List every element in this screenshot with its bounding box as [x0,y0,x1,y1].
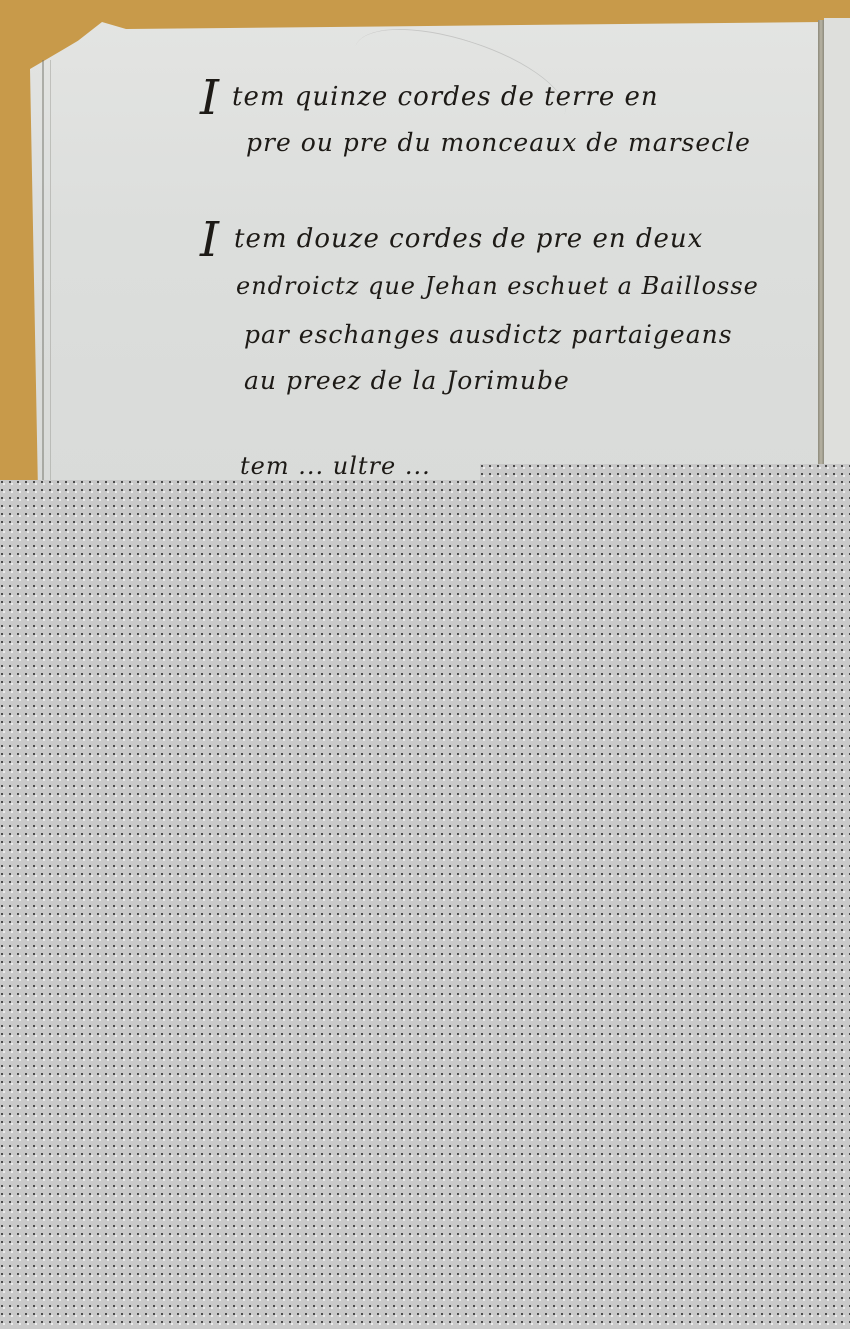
adjacent-page-edge [824,18,850,480]
entry-1-line-1: tem quinze cordes de terre en [232,82,659,112]
entry-1-line-2: pre ou pre du monceaux de marsecle [246,128,751,157]
entry-1-initial: I [200,70,219,126]
entry-2-line-1: tem douze cordes de pre en deux [234,224,703,254]
manuscript-photo: I tem quinze cordes de terre en pre ou p… [0,0,850,480]
entry-2-line-4: au preez de la Jorimube [244,366,570,395]
entry-2-line-3: par eschanges ausdictz partaigeans [244,320,733,349]
entry-3-line-1: tem ... ultre ... [240,452,431,480]
masked-region [480,464,850,480]
page-fold-edge [42,60,51,480]
entry-2-line-2: endroictz que Jehan eschuet a Baillosse [236,272,759,300]
entry-2-initial: I [200,212,219,268]
masked-region [0,480,850,1329]
